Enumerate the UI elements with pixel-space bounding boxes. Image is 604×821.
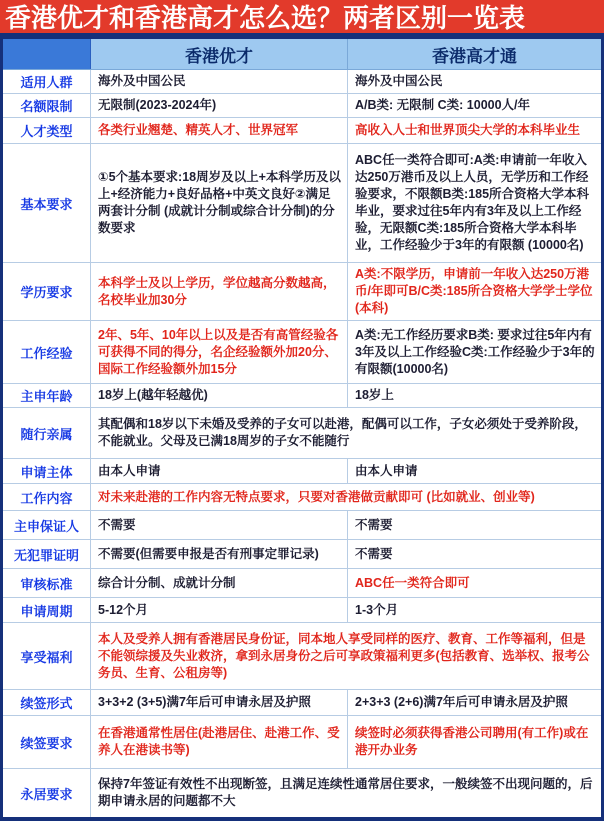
header-corner-cell	[3, 39, 91, 69]
header-col-youcai: 香港优才	[91, 39, 348, 69]
row-value-youcai: 不需要	[91, 511, 348, 539]
row-label: 人才类型	[3, 118, 91, 143]
table-row: 学历要求本科学士及以上学历，学位越高分数越高，名校毕业加30分A类:不限学历，申…	[3, 263, 601, 321]
row-value-youcai: 不需要(但需要申报是否有刑事定罪记录)	[91, 540, 348, 568]
row-value-gaocaitong: 1-3个月	[348, 598, 601, 622]
row-label: 续签要求	[3, 716, 91, 768]
row-value-span: 对未来赴港的工作内容无特点要求，只要对香港做贡献即可 (比如就业、创业等)	[91, 484, 601, 510]
table-row: 永居要求保持7年签证有效性不出现断签，且满足连续性通常居住要求，一般续签不出现问…	[3, 769, 601, 817]
row-label: 工作内容	[3, 484, 91, 510]
row-value-youcai: 海外及中国公民	[91, 70, 348, 93]
row-value-youcai: 无限制(2023-2024年)	[91, 94, 348, 117]
table-row: 基本要求①5个基本要求:18周岁及以上+本科学历及以上+经济能力+良好品格+中英…	[3, 144, 601, 263]
row-value-gaocaitong: 不需要	[348, 511, 601, 539]
row-label: 适用人群	[3, 70, 91, 93]
row-value-span: 保持7年签证有效性不出现断签，且满足连续性通常居住要求，一般续签不出现问题的，后…	[91, 769, 601, 817]
row-label: 主申年龄	[3, 384, 91, 407]
row-value-gaocaitong: ABC任一类符合即可	[348, 569, 601, 597]
table-row: 享受福利本人及受养人拥有香港居民身份证，同本地人享受同样的医疗、教育、工作等福利…	[3, 623, 601, 690]
row-value-gaocaitong: ABC任一类符合即可:A类:申请前一年收入达250万港币及以上人员，无学历和工作…	[348, 144, 601, 262]
row-value-youcai: 2年、5年、10年以上以及是否有高管经验各可获得不同的得分，名企经验额外加20分…	[91, 321, 348, 383]
row-label: 学历要求	[3, 263, 91, 320]
row-label: 永居要求	[3, 769, 91, 817]
row-label: 基本要求	[3, 144, 91, 262]
page-title: 香港优才和香港高才怎么选？两者区别一览表	[0, 0, 604, 33]
table-row: 名额限制无限制(2023-2024年)A/B类: 无限制 C类: 10000人/…	[3, 94, 601, 118]
row-value-gaocaitong: 续签时必须获得香港公司聘用(有工作)或在港开办业务	[348, 716, 601, 768]
row-value-gaocaitong: 高收入人士和世界顶尖大学的本科毕业生	[348, 118, 601, 143]
comparison-infographic: 香港优才和香港高才怎么选？两者区别一览表 香港优才 香港高才通 适用人群海外及中…	[0, 0, 604, 821]
row-label: 随行亲属	[3, 408, 91, 458]
row-label: 名额限制	[3, 94, 91, 117]
row-label: 工作经验	[3, 321, 91, 383]
table-row: 审核标准综合计分制、成就计分制ABC任一类符合即可	[3, 569, 601, 598]
row-value-gaocaitong: 海外及中国公民	[348, 70, 601, 93]
row-value-youcai: ①5个基本要求:18周岁及以上+本科学历及以上+经济能力+良好品格+中英文良好②…	[91, 144, 348, 262]
table-row: 工作经验2年、5年、10年以上以及是否有高管经验各可获得不同的得分，名企经验额外…	[3, 321, 601, 384]
row-value-gaocaitong: A类:无工作经历要求B类: 要求过往5年内有3年及以上工作经验C类:工作经验少于…	[348, 321, 601, 383]
row-value-youcai: 3+3+2 (3+5)满7年后可申请永居及护照	[91, 690, 348, 715]
row-value-youcai: 本科学士及以上学历，学位越高分数越高，名校毕业加30分	[91, 263, 348, 320]
table-row: 随行亲属其配偶和18岁以下未婚及受养的子女可以赴港，配偶可以工作，子女必须处于受…	[3, 408, 601, 459]
comparison-table: 香港优才 香港高才通 适用人群海外及中国公民海外及中国公民名额限制无限制(202…	[0, 33, 604, 821]
row-value-gaocaitong: 不需要	[348, 540, 601, 568]
row-value-youcai: 在香港通常性居住(赴港居住、赴港工作、受养人在港读书等)	[91, 716, 348, 768]
row-value-gaocaitong: 由本人申请	[348, 459, 601, 483]
table-row: 无犯罪证明不需要(但需要申报是否有刑事定罪记录)不需要	[3, 540, 601, 569]
table-row: 人才类型各类行业翘楚、精英人才、世界冠军高收入人士和世界顶尖大学的本科毕业生	[3, 118, 601, 144]
header-col-gaocaitong: 香港高才通	[348, 39, 601, 69]
table-row: 续签要求在香港通常性居住(赴港居住、赴港工作、受养人在港读书等)续签时必须获得香…	[3, 716, 601, 769]
row-value-gaocaitong: A/B类: 无限制 C类: 10000人/年	[348, 94, 601, 117]
row-value-gaocaitong: A类:不限学历，申请前一年收入达250万港币/年即可B/C类:185所合资格大学…	[348, 263, 601, 320]
table-row: 主申保证人不需要不需要	[3, 511, 601, 540]
row-value-youcai: 各类行业翘楚、精英人才、世界冠军	[91, 118, 348, 143]
table-header-row: 香港优才 香港高才通	[3, 39, 601, 70]
table-row: 适用人群海外及中国公民海外及中国公民	[3, 70, 601, 94]
row-value-youcai: 5-12个月	[91, 598, 348, 622]
row-value-gaocaitong: 2+3+3 (2+6)满7年后可申请永居及护照	[348, 690, 601, 715]
table-row: 主申年龄18岁上(越年轻越优)18岁上	[3, 384, 601, 408]
table-row: 工作内容对未来赴港的工作内容无特点要求，只要对香港做贡献即可 (比如就业、创业等…	[3, 484, 601, 511]
row-value-span: 本人及受养人拥有香港居民身份证，同本地人享受同样的医疗、教育、工作等福利，但是不…	[91, 623, 601, 689]
row-label: 无犯罪证明	[3, 540, 91, 568]
row-value-youcai: 综合计分制、成就计分制	[91, 569, 348, 597]
row-label: 享受福利	[3, 623, 91, 689]
row-label: 申请主体	[3, 459, 91, 483]
table-body: 适用人群海外及中国公民海外及中国公民名额限制无限制(2023-2024年)A/B…	[3, 70, 601, 817]
table-row: 申请周期5-12个月1-3个月	[3, 598, 601, 623]
table-row: 续签形式3+3+2 (3+5)满7年后可申请永居及护照2+3+3 (2+6)满7…	[3, 690, 601, 716]
row-value-span: 其配偶和18岁以下未婚及受养的子女可以赴港，配偶可以工作，子女必须处于受养阶段，…	[91, 408, 601, 458]
row-value-youcai: 由本人申请	[91, 459, 348, 483]
row-label: 主申保证人	[3, 511, 91, 539]
table-row: 申请主体由本人申请由本人申请	[3, 459, 601, 484]
row-label: 审核标准	[3, 569, 91, 597]
row-value-gaocaitong: 18岁上	[348, 384, 601, 407]
row-label: 申请周期	[3, 598, 91, 622]
row-label: 续签形式	[3, 690, 91, 715]
row-value-youcai: 18岁上(越年轻越优)	[91, 384, 348, 407]
